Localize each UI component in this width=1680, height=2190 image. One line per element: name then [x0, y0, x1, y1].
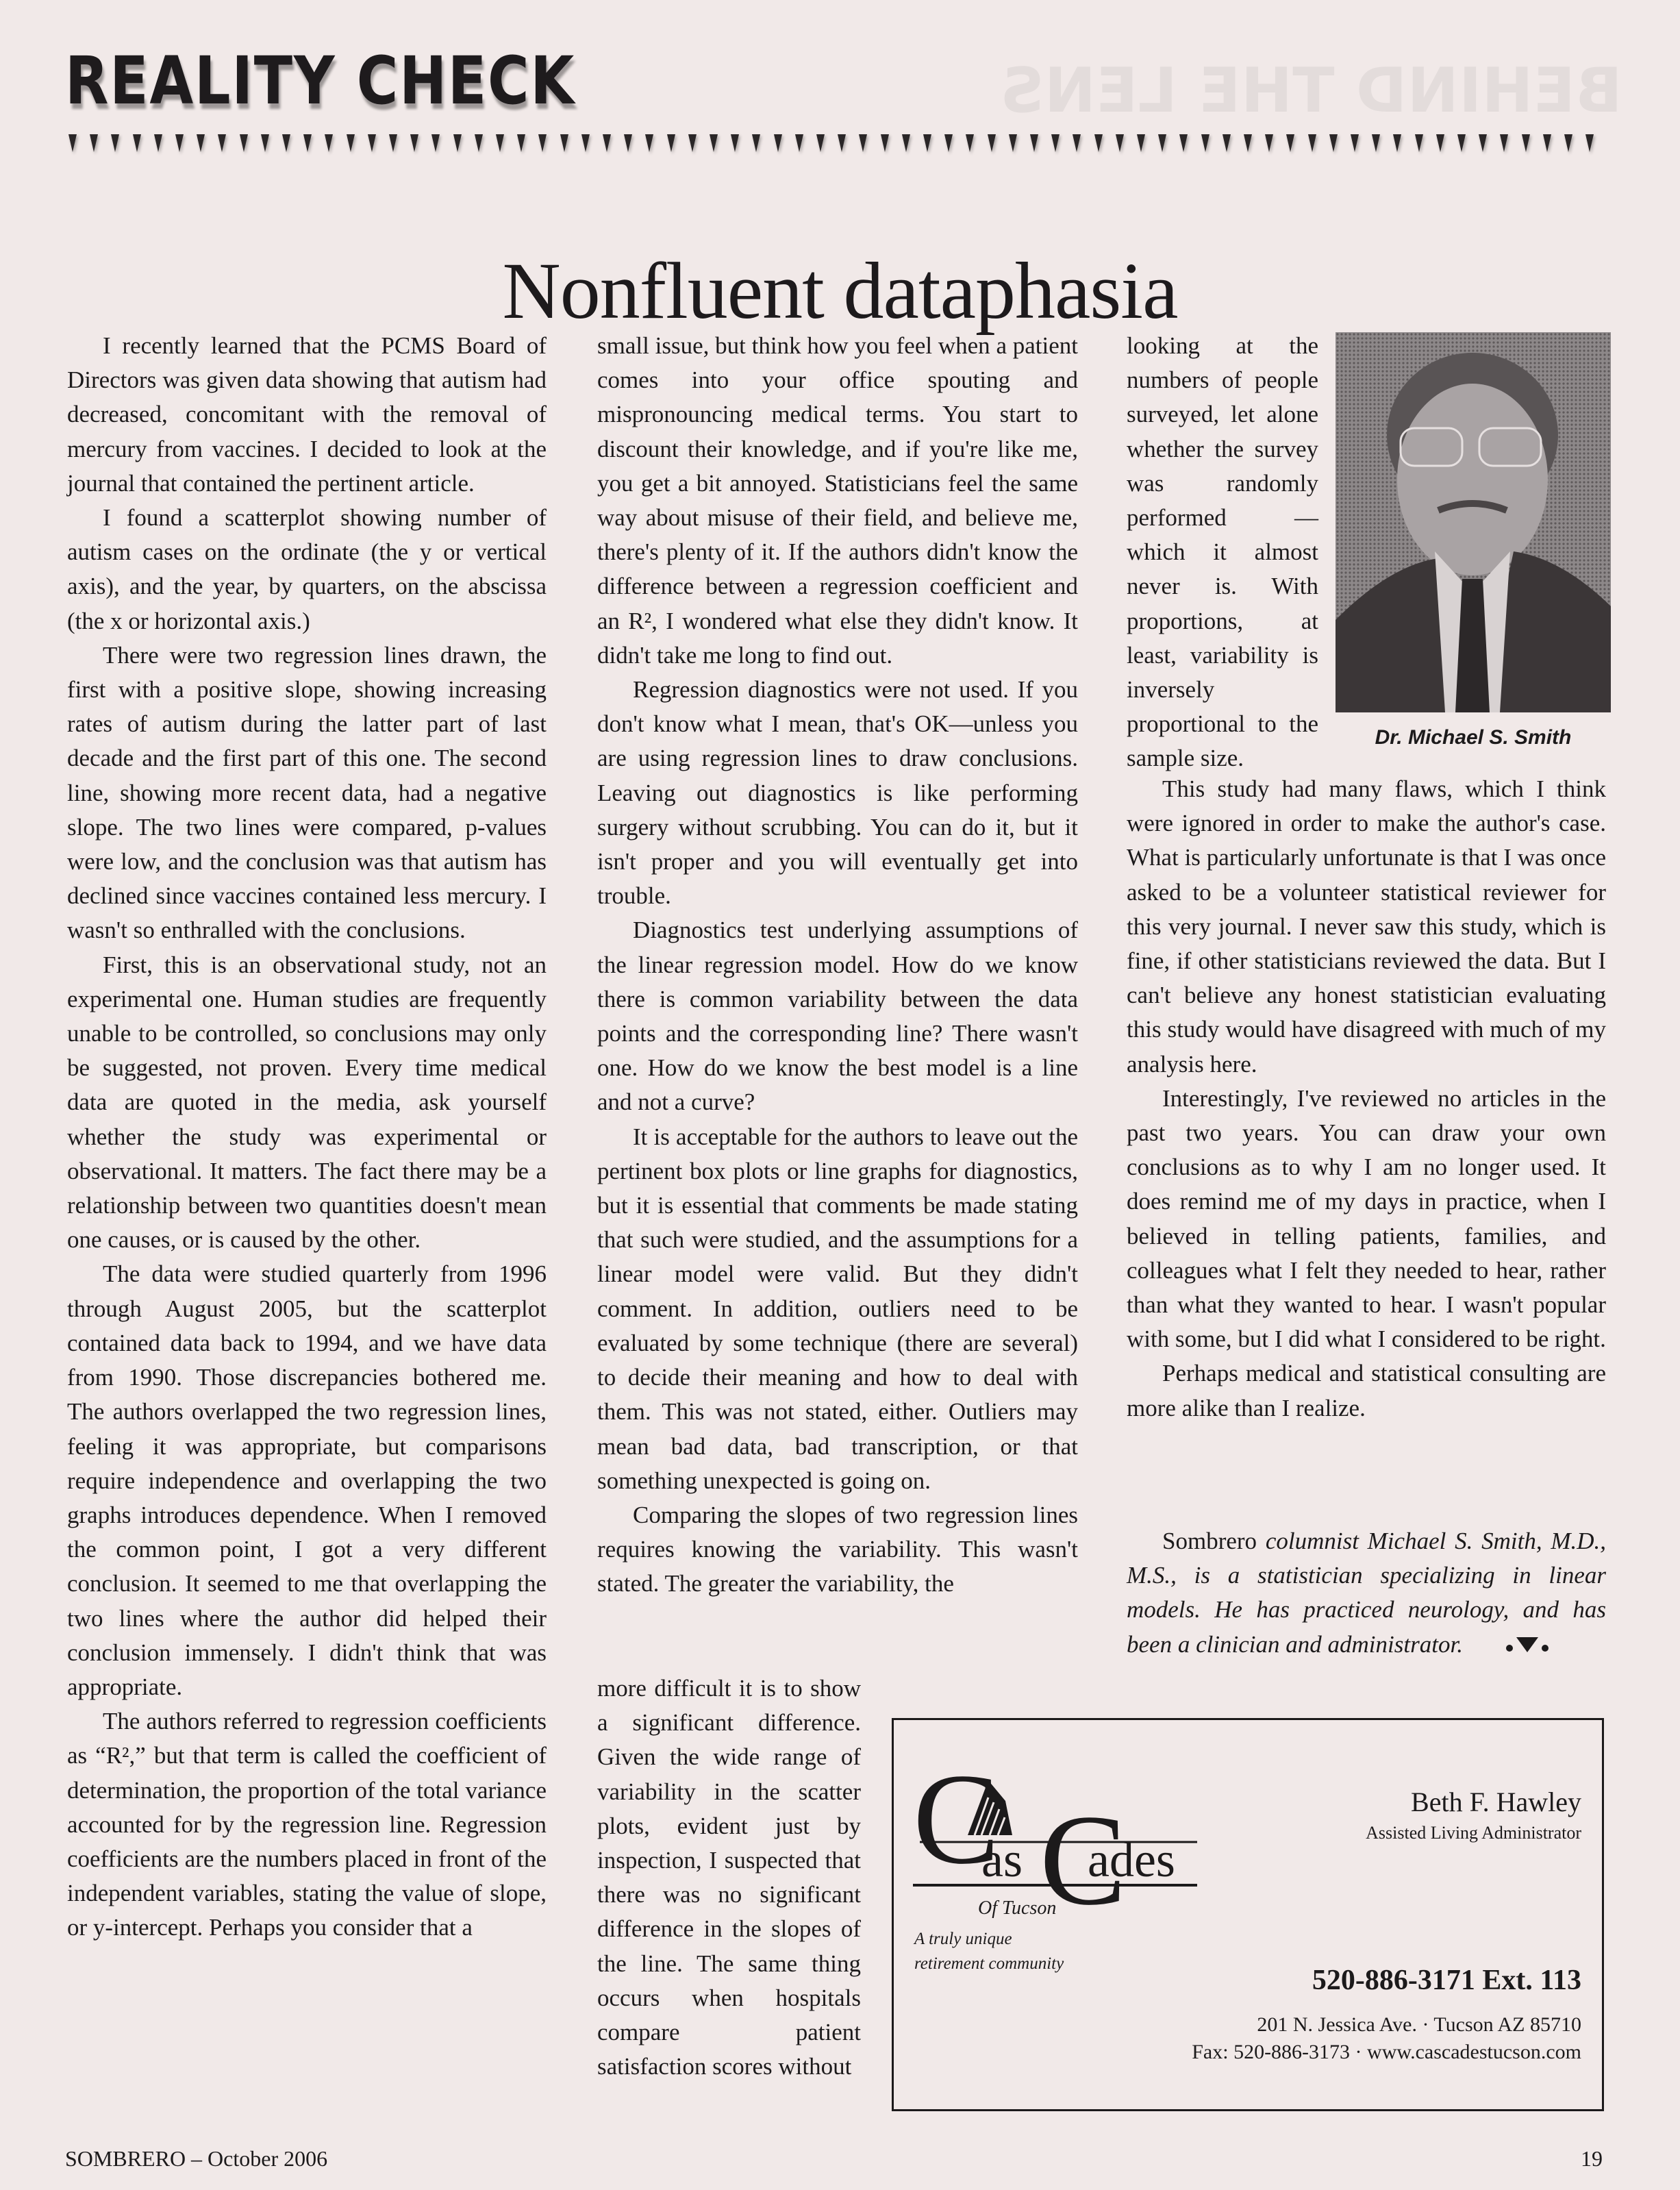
tick-mark-icon	[517, 134, 525, 152]
tick-mark-icon	[1543, 134, 1551, 152]
tick-mark-icon	[1265, 134, 1273, 152]
tick-mark-icon	[154, 134, 162, 152]
tick-mark-icon	[410, 134, 418, 152]
author-photo	[1336, 332, 1611, 712]
article-title: Nonfluent dataphasia	[0, 245, 1680, 338]
cascades-advertisement: C as C ades Of Tucson A truly unique ret…	[892, 1718, 1604, 2111]
tagline-line-1: A truly unique	[914, 1927, 1064, 1952]
ad-tagline: A truly unique retirement community	[914, 1927, 1064, 1976]
tick-mark-icon	[68, 134, 77, 152]
paragraph: Perhaps medical and statistical consulti…	[1127, 1356, 1606, 1425]
tick-mark-icon	[431, 134, 440, 152]
paragraph: I found a scatterplot showing number of …	[67, 501, 547, 638]
tick-mark-icon	[881, 134, 889, 152]
contact-address: 201 N. Jessica Ave. · Tucson AZ 85710	[1257, 2013, 1581, 2037]
contact-phone: 520-886-3171 Ext. 113	[1312, 1964, 1581, 1997]
tick-mark-icon	[1051, 134, 1060, 152]
paragraph: Regression diagnostics were not used. If…	[597, 673, 1078, 913]
tick-mark-icon	[560, 134, 568, 152]
tick-mark-icon	[1329, 134, 1338, 152]
paragraph: Interestingly, I've reviewed no articles…	[1127, 1082, 1606, 1357]
paragraph: This study had many flaws, which I think…	[1127, 772, 1606, 1082]
tick-mark-icon	[902, 134, 910, 152]
tick-mark-icon	[111, 134, 119, 152]
tick-mark-icon	[688, 134, 697, 152]
paragraph: First, this is an observational study, n…	[67, 948, 547, 1258]
tick-mark-icon	[1244, 134, 1252, 152]
svg-text:as: as	[981, 1832, 1023, 1887]
bio-lead: Sombrero	[1162, 1528, 1257, 1554]
portrait-image	[1336, 332, 1611, 712]
tick-mark-icon	[240, 134, 248, 152]
tick-mark-icon	[1030, 134, 1038, 152]
tick-mark-icon	[944, 134, 953, 152]
tick-mark-icon	[1009, 134, 1017, 152]
tick-mark-icon	[538, 134, 547, 152]
article-column-3: This study had many flaws, which I think…	[1127, 772, 1606, 1426]
tick-mark-icon	[261, 134, 269, 152]
tick-mark-icon	[218, 134, 226, 152]
tick-mark-icon	[90, 134, 98, 152]
tick-mark-icon	[496, 134, 504, 152]
section-heading: REALITY CHECK	[65, 42, 575, 119]
contact-role: Assisted Living Administrator	[1366, 1823, 1581, 1843]
contact-fax-website: Fax: 520-886-3173 · www.cascadestucson.c…	[1192, 2041, 1581, 2064]
tick-mark-icon	[1372, 134, 1380, 152]
tick-mark-icon	[731, 134, 739, 152]
svg-text:ades: ades	[1088, 1832, 1175, 1887]
tick-mark-icon	[1073, 134, 1081, 152]
tick-mark-icon	[368, 134, 376, 152]
end-of-article-icon	[1470, 1629, 1549, 1663]
article-column-2: small issue, but think how you feel when…	[597, 329, 1078, 1602]
tick-mark-icon	[1201, 134, 1209, 152]
tick-mark-icon	[325, 134, 333, 152]
bleed-through-text: BEHIND THE LENS	[1000, 55, 1622, 127]
tick-mark-icon	[838, 134, 846, 152]
tick-mark-icon	[347, 134, 355, 152]
tick-mark-icon	[624, 134, 632, 152]
tick-mark-icon	[667, 134, 675, 152]
tick-mark-icon	[1479, 134, 1487, 152]
paragraph: looking at the numbers of people surveye…	[1127, 329, 1318, 776]
paragraph: more difficult it is to show a significa…	[597, 1671, 861, 2084]
paragraph: Comparing the slopes of two regression l…	[597, 1498, 1078, 1602]
tick-mark-icon	[1137, 134, 1145, 152]
tick-mark-icon	[603, 134, 611, 152]
tick-mark-icon	[1436, 134, 1444, 152]
tagline-line-2: retirement community	[914, 1952, 1064, 1976]
paragraph: small issue, but think how you feel when…	[597, 329, 1078, 673]
tick-mark-icon	[1116, 134, 1124, 152]
article-column-3-narrow: looking at the numbers of people surveye…	[1127, 329, 1318, 776]
paragraph: It is acceptable for the authors to leav…	[597, 1120, 1078, 1498]
tick-mark-icon	[303, 134, 312, 152]
page-number: 19	[1581, 2146, 1603, 2172]
tick-mark-icon	[988, 134, 996, 152]
tick-mark-icon	[774, 134, 782, 152]
article-column-2-narrow: more difficult it is to show a significa…	[597, 1671, 861, 2084]
tick-mark-icon	[1308, 134, 1316, 152]
tick-mark-icon	[1286, 134, 1294, 152]
mountain-logo-icon: C as C ades Of Tucson	[913, 1746, 1201, 1924]
footer-publication: SOMBRERO – October 2006	[65, 2146, 327, 2172]
paragraph: There were two regression lines drawn, t…	[67, 638, 547, 948]
author-bio: Sombrero columnist Michael S. Smith, M.D…	[1127, 1524, 1606, 1664]
tick-mark-icon	[1158, 134, 1166, 152]
tick-mark-icon	[175, 134, 184, 152]
paragraph: The data were studied quarterly from 199…	[67, 1257, 547, 1704]
tick-mark-icon	[1179, 134, 1188, 152]
tick-mark-icon	[1223, 134, 1231, 152]
article-column-1: I recently learned that the PCMS Board o…	[67, 329, 547, 1945]
tick-mark-icon	[752, 134, 760, 152]
svg-text:Of Tucson: Of Tucson	[978, 1897, 1056, 1919]
tick-mark-icon	[453, 134, 462, 152]
tick-mark-icon	[1094, 134, 1103, 152]
tick-mark-icon	[816, 134, 825, 152]
tick-mark-icon	[795, 134, 803, 152]
paragraph: Diagnostics test underlying assumptions …	[597, 913, 1078, 1119]
tick-mark-icon	[1585, 134, 1594, 152]
tick-mark-icon	[1457, 134, 1466, 152]
tick-mark-icon	[581, 134, 590, 152]
tick-mark-icon	[1500, 134, 1508, 152]
tick-mark-icon	[282, 134, 290, 152]
cascades-logo: C as C ades Of Tucson	[913, 1746, 1201, 1924]
tick-mark-icon	[966, 134, 974, 152]
contact-name: Beth F. Hawley	[1411, 1786, 1581, 1818]
tick-mark-icon	[1351, 134, 1359, 152]
tick-mark-icon	[389, 134, 397, 152]
tick-mark-icon	[475, 134, 483, 152]
tick-mark-icon	[710, 134, 718, 152]
tick-mark-icon	[923, 134, 931, 152]
tick-mark-icon	[1393, 134, 1401, 152]
tick-mark-icon	[859, 134, 867, 152]
tick-mark-icon	[1564, 134, 1572, 152]
tick-mark-icon	[645, 134, 653, 152]
tick-mark-icon	[1415, 134, 1423, 152]
paragraph: I recently learned that the PCMS Board o…	[67, 329, 547, 501]
tick-mark-icon	[133, 134, 141, 152]
photo-caption: Dr. Michael S. Smith	[1336, 726, 1611, 749]
paragraph: The authors referred to regression coeff…	[67, 1704, 547, 1945]
tick-mark-icon	[1522, 134, 1530, 152]
tick-mark-icon	[197, 134, 205, 152]
